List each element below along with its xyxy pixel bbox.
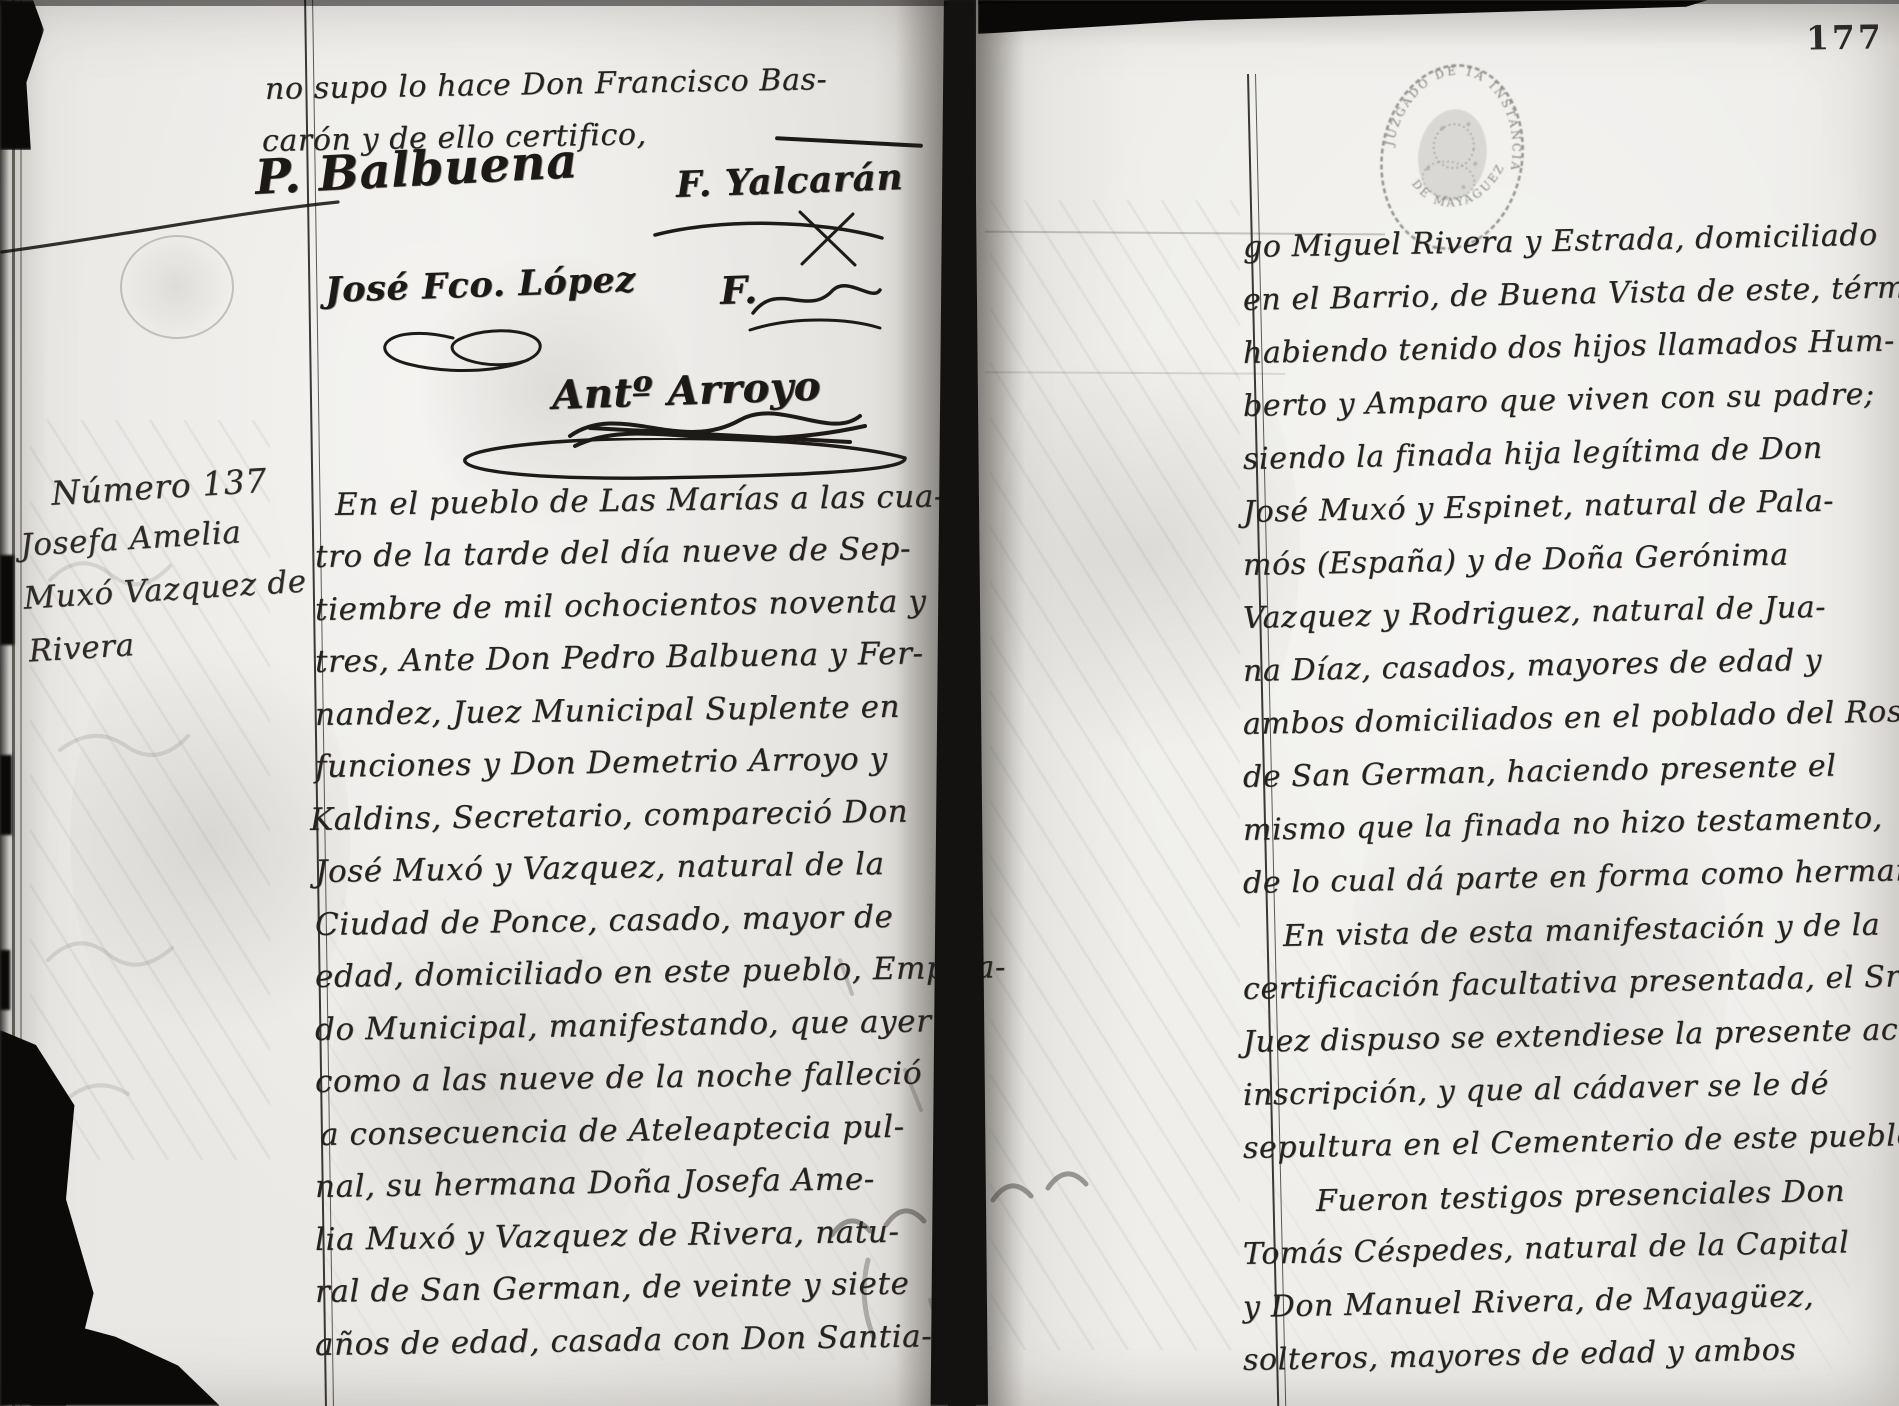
- signature-f-yalcaran: F. Yalcarán: [675, 156, 904, 206]
- margin-note-line: Rivera: [28, 627, 136, 669]
- ghost-pen-marks: [30, 520, 270, 1160]
- scanned-register-spread: JUZGADO DE 1A INSTANCIA DE MAYAGUEZ 177 …: [0, 0, 1899, 1406]
- gutter-soft-shadow: [895, 0, 1025, 1406]
- scan-edge-top: [0, 0, 948, 6]
- signature-rubric-flourish: [748, 278, 883, 338]
- scan-artifact-mark: [0, 555, 14, 645]
- signature-rubric-flourish: [650, 210, 890, 272]
- page-number: 177: [1806, 17, 1885, 57]
- signature-rubric-flourish: [440, 438, 910, 484]
- scan-artifact-mark: [0, 755, 12, 835]
- signature-rubric-flourish: [358, 322, 548, 374]
- scan-edge-top-right-thin: [978, 0, 1899, 4]
- scan-artifact-mark: [0, 950, 10, 1010]
